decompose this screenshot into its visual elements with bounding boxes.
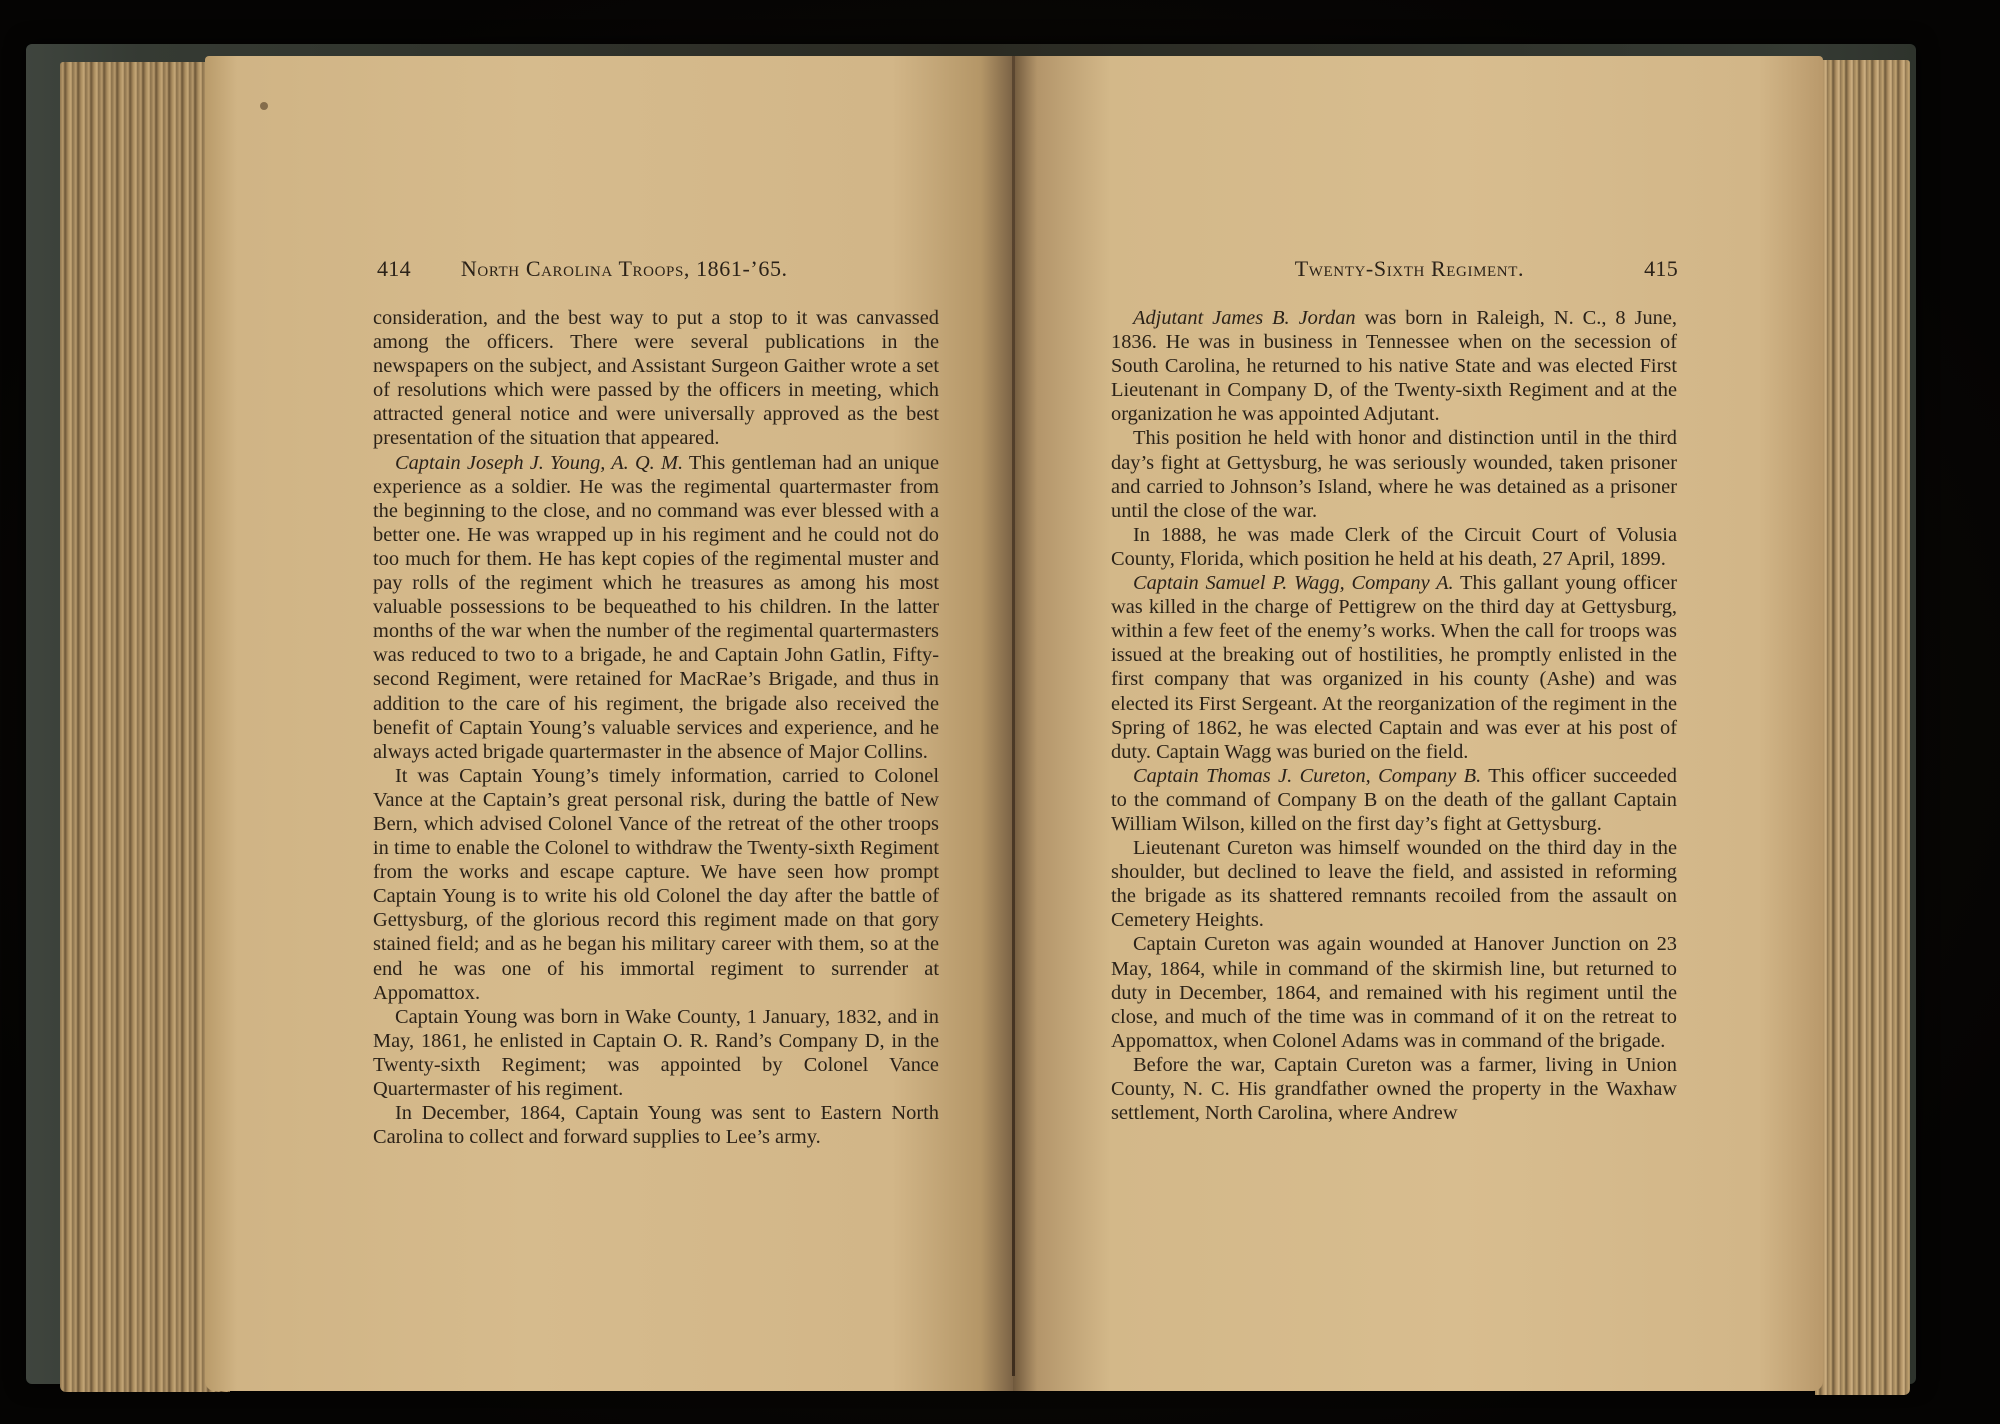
paragraph-lead-name: Captain Thomas J. Cureton, Company B.: [1133, 765, 1481, 787]
paragraph: Captain Young was born in Wake County, 1…: [373, 1005, 939, 1101]
page-edges-right: [1815, 60, 1910, 1395]
paragraph: Lieutenant Cureton was himself wounded o…: [1111, 836, 1677, 932]
paragraph: Captain Samuel P. Wagg, Company A. This …: [1111, 571, 1677, 764]
right-page: Twenty-Sixth Regiment. 415 Adjutant Jame…: [1013, 56, 1823, 1391]
paragraph-text: In 1888, he was made Clerk of the Circui…: [1111, 524, 1677, 570]
paragraph-lead-name: Captain Samuel P. Wagg, Company A.: [1133, 572, 1454, 594]
paragraph: In 1888, he was made Clerk of the Circui…: [1111, 523, 1677, 571]
paragraph: consideration, and the best way to put a…: [373, 306, 939, 451]
running-head-title: Twenty-Sixth Regiment.: [1295, 256, 1524, 282]
paragraph: Before the war, Captain Cureton was a fa…: [1111, 1053, 1677, 1125]
foxing-spot: [260, 102, 268, 110]
paragraph: Captain Thomas J. Cureton, Company B. Th…: [1111, 764, 1677, 836]
paragraph-lead-name: Adjutant James B. Jordan: [1133, 307, 1356, 329]
book-gutter: [1012, 56, 1015, 1376]
left-page: 414 North Carolina Troops, 1861-’65. con…: [205, 56, 1013, 1391]
paragraph: In December, 1864, Captain Young was sen…: [373, 1101, 939, 1149]
paragraph-text: This gallant young officer was killed in…: [1111, 572, 1677, 763]
paragraph: Captain Joseph J. Young, A. Q. M. This g…: [373, 451, 939, 764]
paragraph-text: It was Captain Young’s timely informatio…: [373, 765, 939, 1004]
page-number: 415: [1644, 256, 1678, 282]
page-number: 414: [377, 256, 411, 282]
paragraph: Adjutant James B. Jordan was born in Ral…: [1111, 306, 1677, 426]
photo-scene: 414 North Carolina Troops, 1861-’65. con…: [0, 0, 2000, 1424]
paragraph-text: Captain Young was born in Wake County, 1…: [373, 1006, 939, 1100]
paragraph-text: This position he held with honor and dis…: [1111, 427, 1677, 521]
paragraph-text: Captain Cureton was again wounded at Han…: [1111, 933, 1677, 1051]
paragraph-text: Lieutenant Cureton was himself wounded o…: [1111, 837, 1677, 931]
running-head-title: North Carolina Troops, 1861-’65.: [461, 256, 788, 282]
right-body-text: Adjutant James B. Jordan was born in Ral…: [1111, 306, 1677, 1125]
left-body-text: consideration, and the best way to put a…: [373, 306, 939, 1149]
paragraph: It was Captain Young’s timely informatio…: [373, 764, 939, 1005]
right-running-head: Twenty-Sixth Regiment. 415: [1113, 256, 1678, 282]
paragraph-text: In December, 1864, Captain Young was sen…: [373, 1102, 939, 1148]
paragraph-lead-name: Captain Joseph J. Young, A. Q. M.: [395, 452, 683, 474]
paragraph: This position he held with honor and dis…: [1111, 426, 1677, 522]
paragraph-text: Before the war, Captain Cureton was a fa…: [1111, 1054, 1677, 1124]
left-running-head: 414 North Carolina Troops, 1861-’65.: [377, 256, 937, 282]
paragraph: Captain Cureton was again wounded at Han…: [1111, 932, 1677, 1052]
paragraph-text: This gentleman had an unique experience …: [373, 452, 939, 763]
paragraph-text: consideration, and the best way to put a…: [373, 307, 939, 449]
